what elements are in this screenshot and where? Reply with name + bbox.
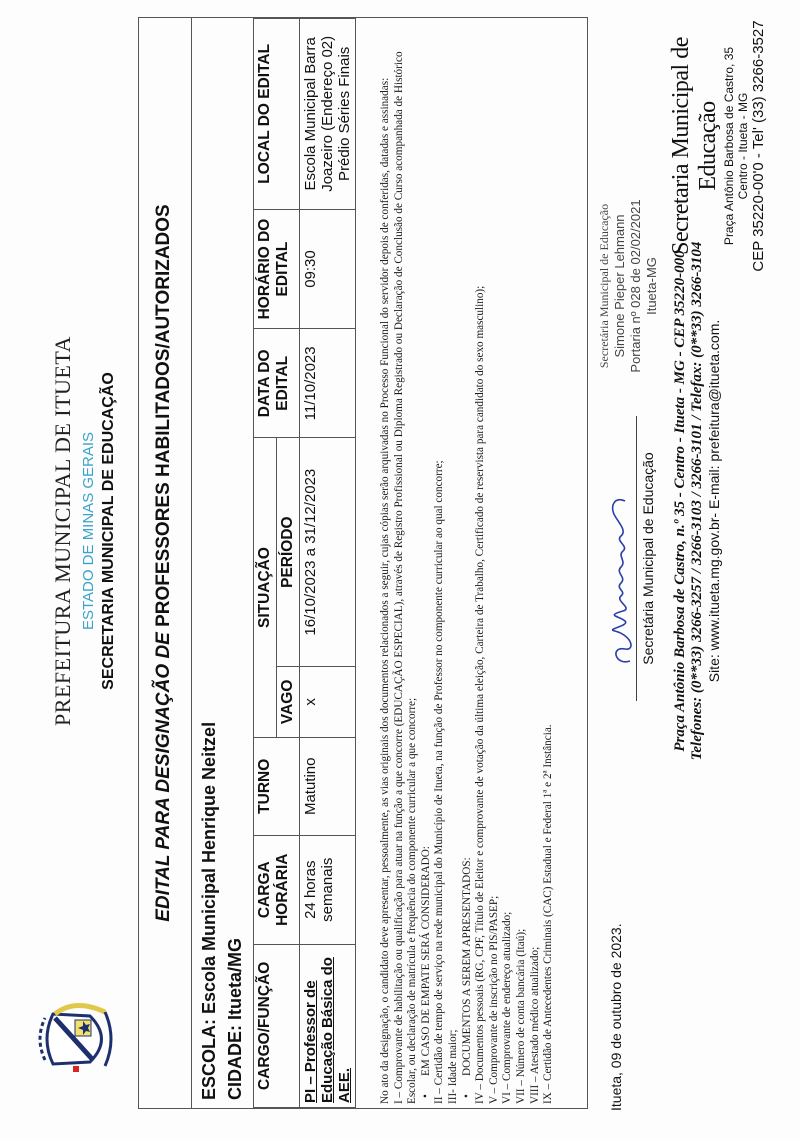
item-2: II – Certidão de tempo de serviço na red… (433, 24, 447, 1104)
item-3: III- Idade maior; (447, 24, 461, 1104)
bullet-documents: DOCUMENTOS A SEREM APRESENTADOS: (461, 24, 475, 1104)
department-stamp: Secretaria Municipal de Educação Praça A… (668, 1, 767, 291)
department-name: SECRETARIA MUNICIPAL DE EDUCAÇÃO (100, 281, 118, 781)
col-data: DATA DO EDITAL (254, 329, 300, 438)
state-name: ESTADO DE MINAS GERAIS (80, 281, 97, 781)
col-situacao: SITUAÇÃO (254, 438, 277, 737)
stamp2-cep: CEP 35220-00'0 - Tel' (33) 3266-3527 (750, 1, 767, 291)
col-cargo: CARGO/FUNÇÃO (254, 944, 300, 1107)
cell-turno: Matutino (300, 737, 356, 835)
divider (191, 18, 192, 1108)
cell-data: 11/10/2023 (300, 329, 356, 438)
item-5: V – Comprovante de inscrição no PIS/PASE… (488, 24, 502, 1104)
item-4: IV – Documentos pessoais (RG, CPF, Títul… (474, 24, 488, 1104)
stamp-title: Secretária Municipal de Educação (596, 166, 612, 406)
signature-line (636, 416, 637, 701)
cell-vago: x (300, 666, 356, 737)
table-row: PI – Professor de Educação Básica do AEE… (300, 19, 356, 1108)
edital-frame: EDITAL PARA DESIGNAÇÃO DE PROFESSORES HA… (138, 17, 588, 1109)
title-italic: EDITAL PARA DESIGNAÇÃO DE (153, 632, 174, 922)
stamp2-address: Praça Antônio Barbosa de Castro, 35 (722, 1, 736, 291)
cell-horario: 09:30 (300, 209, 356, 329)
col-carga: CARGA HORÁRIA (254, 835, 300, 944)
cell-cargo: PI – Professor de Educação Básica do AEE… (300, 944, 356, 1107)
col-periodo: PERÍODO (277, 438, 300, 667)
bullet-tiebreak: EM CASO DE EMPATE SERÁ CONSIDERADO: (420, 24, 434, 1104)
vacancy-table: CARGO/FUNÇÃO CARGA HORÁRIA TURNO SITUAÇÃ… (253, 18, 356, 1108)
item-1: I – Comprovante de habilitação ou qualif… (393, 24, 420, 1104)
col-turno: TURNO (254, 737, 300, 835)
stamp-city: Itueta-MG (644, 166, 660, 406)
cell-periodo: 16/10/2023 a 31/12/2023 (300, 438, 356, 667)
requirements-text: No ato da designação, o candidato deve a… (379, 24, 556, 1104)
official-stamp: Secretária Municipal de Educação Simone … (596, 166, 660, 406)
intro-paragraph: No ato da designação, o candidato deve a… (379, 24, 393, 1104)
stamp2-title: Secretaria Municipal de Educação (668, 1, 722, 291)
col-horario: HORÁRIO DO EDITAL (254, 209, 300, 329)
edital-title: EDITAL PARA DESIGNAÇÃO DE PROFESSORES HA… (153, 18, 175, 1108)
cell-local: Escola Municipal Barra Joazeiro (Endereç… (300, 19, 356, 210)
city-name: CIDADE: Itueta/MG (225, 938, 246, 1100)
municipality-name: PREFEITURA MUNICIPAL DE ITUETA (50, 281, 76, 781)
stamp2-city: Centro - Itueta - MG (736, 1, 750, 291)
date-line: Itueta, 09 de outubro de 2023. (608, 923, 624, 1111)
document-page: PREFEITURA MUNICIPAL DE ITUETA ESTADO DE… (0, 0, 800, 1141)
item-7: VII – Número de conta bancária (Itaú); (515, 24, 529, 1104)
coat-of-arms-icon (35, 991, 120, 1086)
school-name: ESCOLA: Escola Municipal Henrique Neitze… (199, 722, 220, 1100)
item-6: VI – Comprovante de endereço atualizado; (501, 24, 515, 1104)
stamp-portaria: Portaria nº 028 de 02/02/2021 (628, 166, 644, 406)
stamp-name: Simone Pieper Lehmann (612, 166, 628, 406)
title-rest: PROFESSORES HABILITADOS/AUTORIZADOS (153, 204, 174, 632)
col-vago: VAGO (277, 666, 300, 737)
item-8: VIII – Atestado médico atualizado; (529, 24, 543, 1104)
col-local: LOCAL DO EDITAL (254, 19, 300, 210)
item-9: IX – Certidão de Antecedentes Criminais … (542, 24, 556, 1104)
signature-label: Secretária Municipal de Educação (640, 416, 656, 701)
cell-carga: 24 horas semanais (300, 835, 356, 944)
